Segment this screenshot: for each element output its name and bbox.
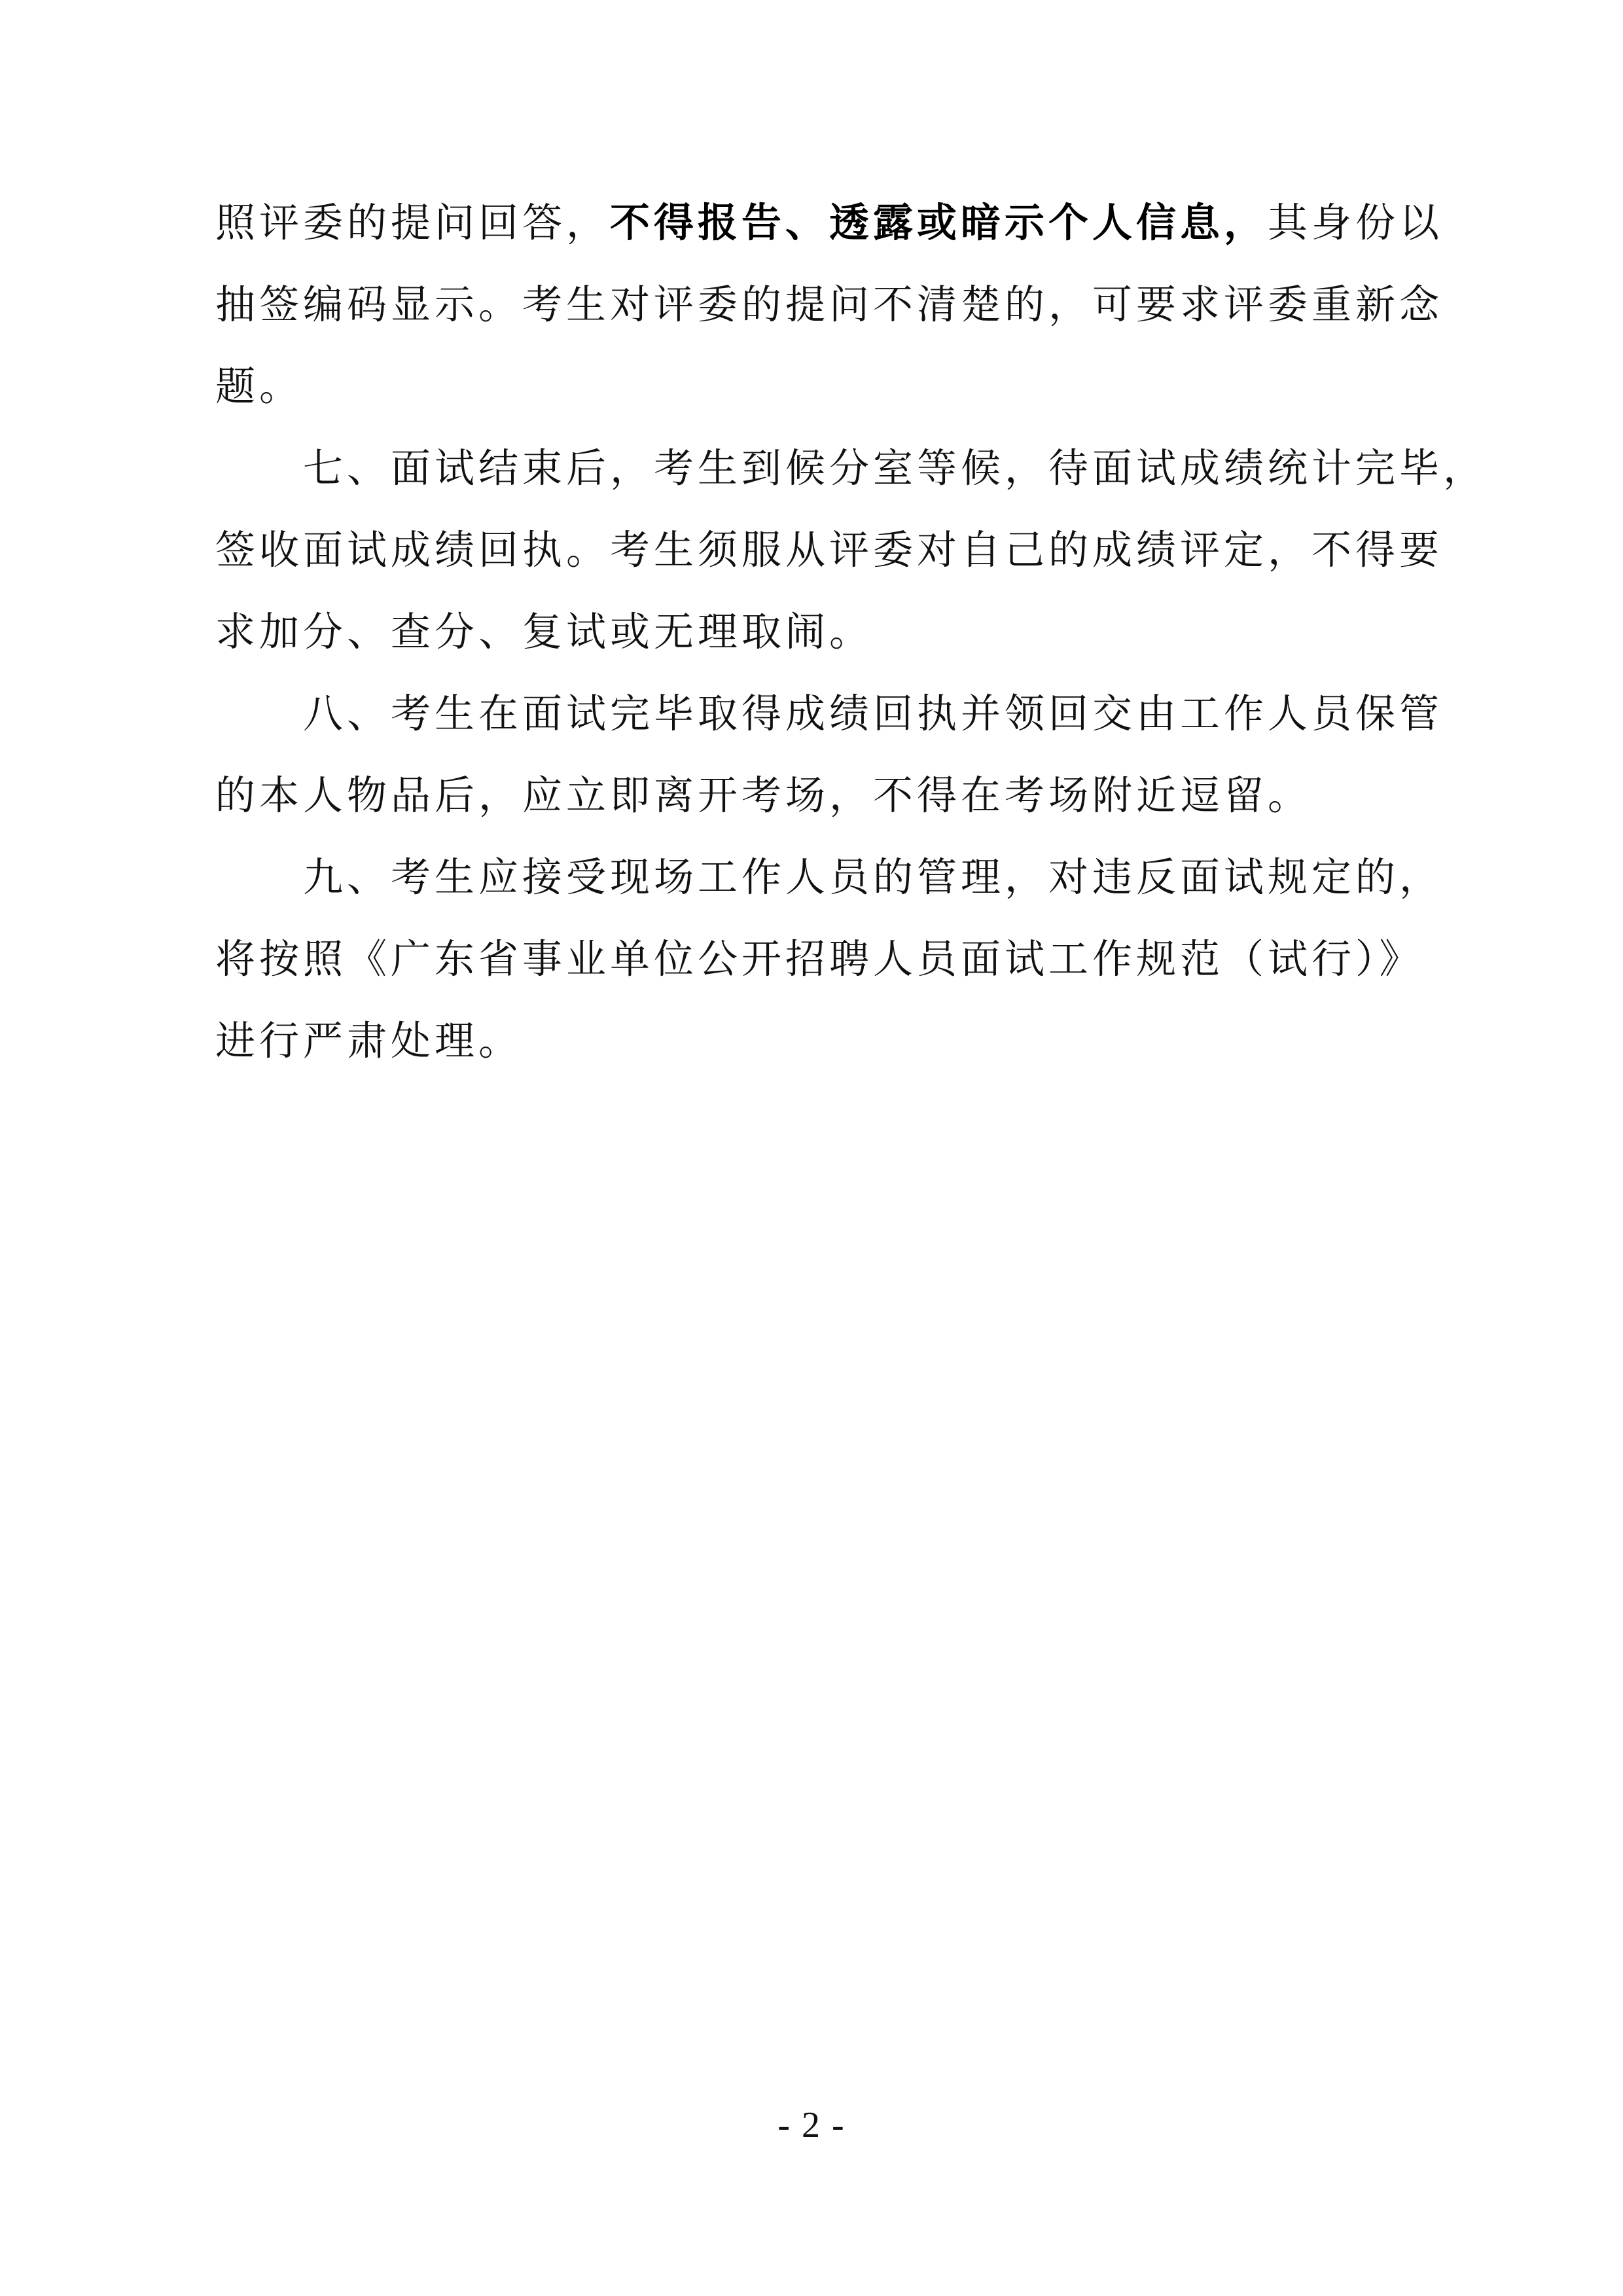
paragraph-8-line-2: 的本人物品后，应立即离开考场，不得在考场附近逗留。 bbox=[215, 755, 1311, 836]
text-segment: 将按照《广东省事业单位公开招聘人员面试工作规范（试行）》 bbox=[215, 936, 1423, 982]
text-segment: 抽签编码显示。考生对评委的提问不清楚的，可要求评委重新念 bbox=[215, 281, 1443, 328]
paragraph-7-line-3: 求加分、查分、复试或无理取闹。 bbox=[215, 591, 873, 673]
paragraph-7-line-1: 七、面试结束后，考生到候分室等候，待面试成绩统计完毕， bbox=[303, 427, 1487, 509]
paragraph-9-line-3: 进行严肃处理。 bbox=[215, 1000, 522, 1082]
page-number: - 2 - bbox=[0, 2104, 1623, 2146]
text-segment: 的本人物品后，应立即离开考场，不得在考场附近逗留。 bbox=[215, 772, 1311, 819]
text-segment: 九、考生应接受现场工作人员的管理，对违反面试规定的， bbox=[303, 854, 1443, 901]
paragraph-8-line-1: 八、考生在面试完毕取得成绩回执并领回交由工作人员保管 bbox=[303, 673, 1443, 755]
paragraph-6-line-3: 题。 bbox=[215, 346, 303, 427]
text-segment: 签收面试成绩回执。考生须服从评委对自己的成绩评定，不得要 bbox=[215, 527, 1443, 573]
text-segment: 八、考生在面试完毕取得成绩回执并领回交由工作人员保管 bbox=[303, 691, 1443, 737]
paragraph-7-line-2: 签收面试成绩回执。考生须服从评委对自己的成绩评定，不得要 bbox=[215, 509, 1443, 591]
bold-warning-text: 不得报告、透露或暗示个人信息， bbox=[610, 200, 1268, 246]
text-segment: 题。 bbox=[215, 363, 303, 410]
paragraph-6-line-2: 抽签编码显示。考生对评委的提问不清楚的，可要求评委重新念 bbox=[215, 264, 1443, 346]
document-page: 照评委的提问回答，不得报告、透露或暗示个人信息，其身份以 抽签编码显示。考生对评… bbox=[0, 0, 1623, 2296]
paragraph-9-line-2: 将按照《广东省事业单位公开招聘人员面试工作规范（试行）》 bbox=[215, 918, 1423, 1000]
text-segment: 其身份以 bbox=[1268, 200, 1443, 246]
paragraph-9-line-1: 九、考生应接受现场工作人员的管理，对违反面试规定的， bbox=[303, 836, 1443, 918]
paragraph-6-line-1: 照评委的提问回答，不得报告、透露或暗示个人信息，其身份以 bbox=[215, 182, 1443, 264]
text-segment: 进行严肃处理。 bbox=[215, 1018, 522, 1064]
text-segment: 求加分、查分、复试或无理取闹。 bbox=[215, 609, 873, 655]
text-segment: 照评委的提问回答， bbox=[215, 200, 610, 246]
text-segment: 七、面试结束后，考生到候分室等候，待面试成绩统计完毕， bbox=[303, 445, 1487, 492]
